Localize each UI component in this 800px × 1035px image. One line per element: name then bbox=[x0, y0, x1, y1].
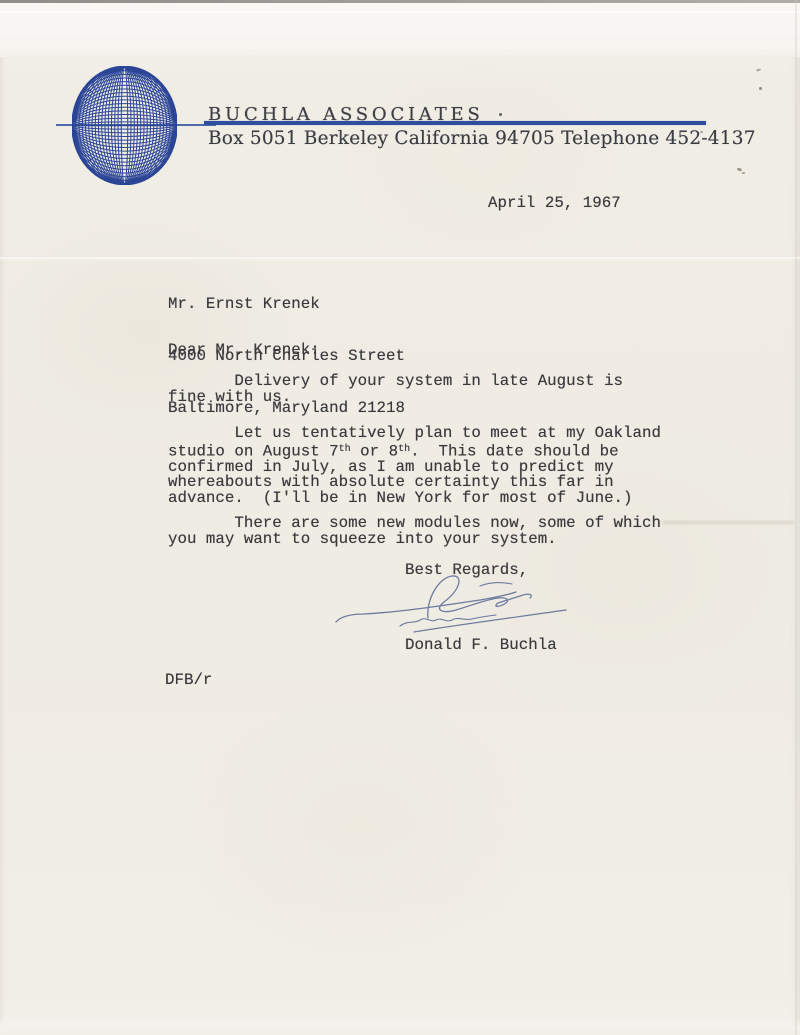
body-line: Let us tentatively plan to meet at my Oa… bbox=[168, 426, 661, 442]
body-paragraph-3: There are some new modules now, some of … bbox=[168, 516, 661, 547]
body-line: advance. (I'll be in New York for most o… bbox=[168, 491, 661, 507]
handwritten-signature-scribble bbox=[330, 570, 575, 640]
letterhead-address: Box 5051 Berkeley California 94705 Telep… bbox=[208, 128, 756, 149]
paper-smudge bbox=[742, 172, 745, 174]
paper-speck bbox=[756, 68, 761, 71]
letter-scan-page: BUCHLA ASSOCIATES Box 5051 Berkeley Cali… bbox=[0, 0, 800, 1035]
paper-right-edge bbox=[795, 0, 797, 1035]
scan-top-band bbox=[0, 3, 800, 57]
scan-streak bbox=[0, 11, 800, 13]
body-line: fine with us. bbox=[168, 389, 623, 405]
fold-crease bbox=[0, 256, 800, 260]
salutation: Dear Mr. Krenek: bbox=[168, 341, 320, 359]
typist-reference-initials: DFB/r bbox=[165, 671, 212, 689]
body-paragraph-2: Let us tentatively plan to meet at my Oa… bbox=[168, 426, 661, 506]
paper-speck bbox=[759, 87, 762, 90]
typed-signature-name: Donald F. Buchla bbox=[405, 636, 557, 654]
buchla-sphere-logo-icon bbox=[72, 66, 177, 185]
scan-bottom-band bbox=[0, 1016, 800, 1035]
fold-crease-right bbox=[662, 521, 794, 524]
recipient-name: Mr. Ernst Krenek bbox=[168, 296, 405, 313]
scan-streak bbox=[0, 31, 800, 33]
stray-dot-after-company bbox=[499, 113, 502, 116]
body-paragraph-1: Delivery of your system in late August i… bbox=[168, 373, 623, 406]
scan-top-edge bbox=[0, 0, 800, 3]
scan-streak bbox=[0, 47, 800, 49]
company-name: BUCHLA ASSOCIATES bbox=[208, 104, 484, 125]
paper-smudge bbox=[737, 167, 743, 172]
letter-date: April 25, 1967 bbox=[488, 194, 621, 212]
body-line: you may want to squeeze into your system… bbox=[168, 532, 661, 548]
body-line: Delivery of your system in late August i… bbox=[168, 373, 623, 389]
